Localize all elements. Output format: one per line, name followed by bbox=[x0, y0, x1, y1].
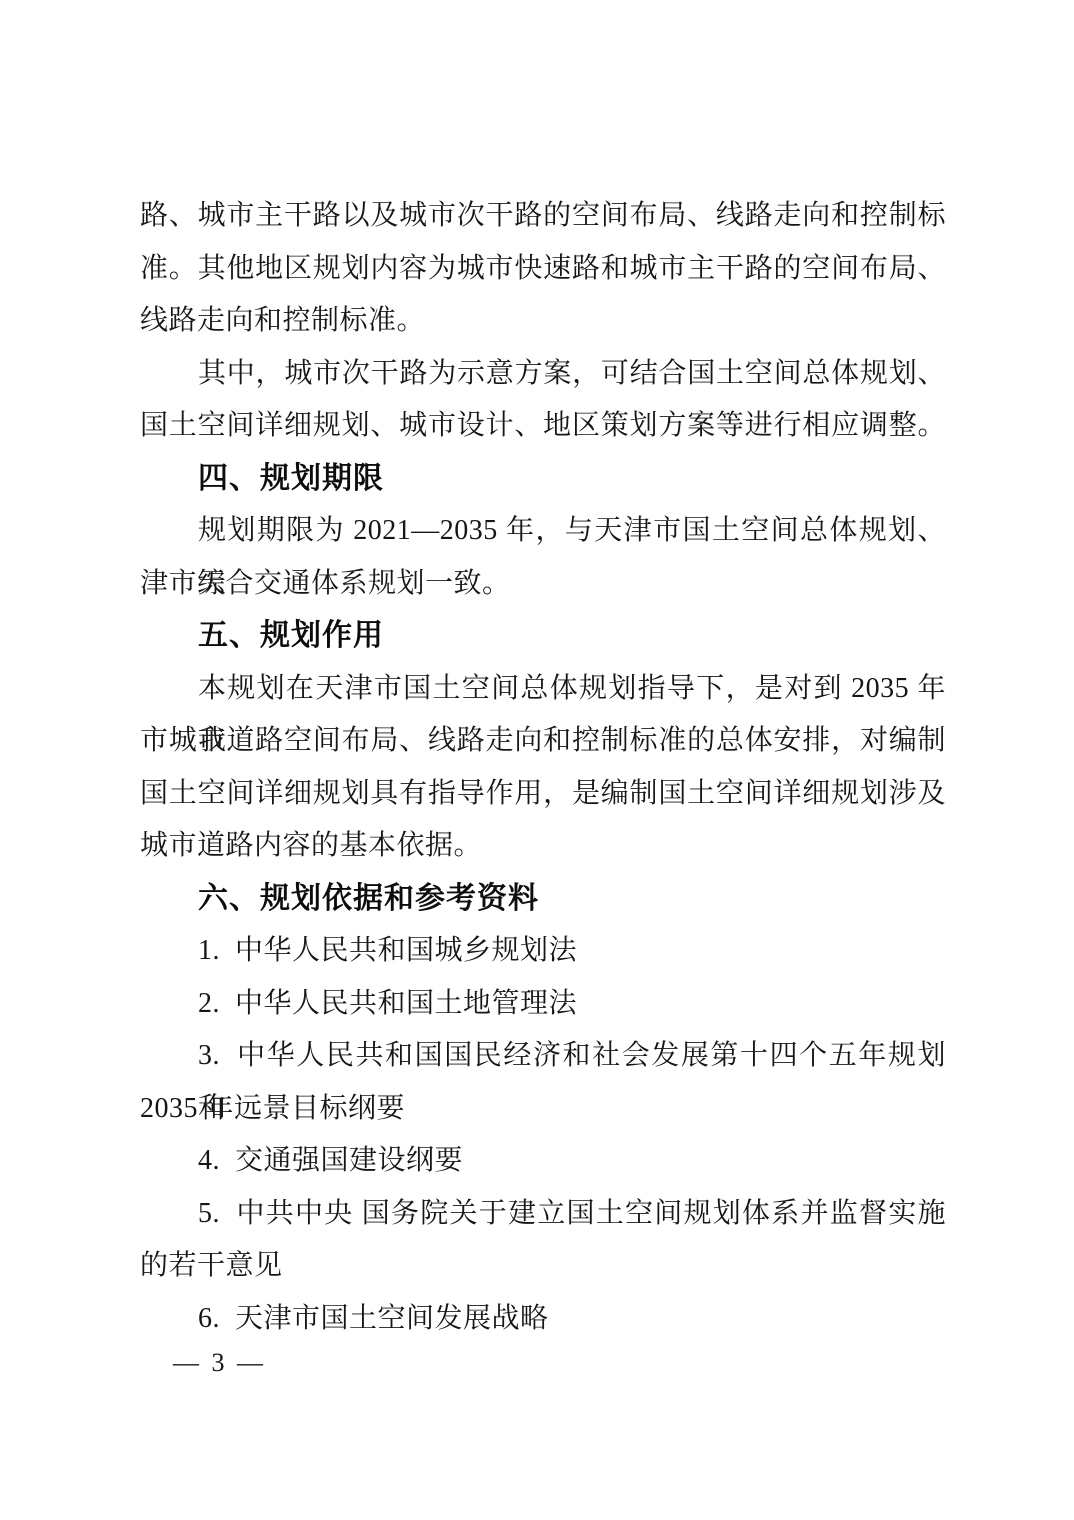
body-line: 市城市道路空间布局、线路走向和控制标准的总体安排，对编制 bbox=[140, 715, 946, 768]
list-item-4: 4. 交通强国建设纲要 bbox=[140, 1135, 946, 1188]
list-item-5: 5. 中共中央 国务院关于建立国土空间规划体系并监督实施 bbox=[140, 1188, 946, 1241]
body-line: 规划期限为 2021—2035 年，与天津市国土空间总体规划、天 bbox=[140, 505, 946, 558]
list-item-1: 1. 中华人民共和国城乡规划法 bbox=[140, 925, 946, 978]
body-line: 国土空间详细规划具有指导作用，是编制国土空间详细规划涉及 bbox=[140, 768, 946, 821]
document-page: 路、城市主干路以及城市次干路的空间布局、线路走向和控制标 准。其他地区规划内容为… bbox=[0, 0, 1074, 1520]
body-line: 路、城市主干路以及城市次干路的空间布局、线路走向和控制标 bbox=[140, 190, 946, 243]
body-line: 国土空间详细规划、城市设计、地区策划方案等进行相应调整。 bbox=[140, 400, 946, 453]
page-number: — 3 — bbox=[173, 1338, 266, 1388]
body-line: 其中，城市次干路为示意方案，可结合国土空间总体规划、 bbox=[140, 348, 946, 401]
list-item-3-continuation: 2035 年远景目标纲要 bbox=[140, 1083, 946, 1136]
body-line: 准。其他地区规划内容为城市快速路和城市主干路的空间布局、 bbox=[140, 243, 946, 296]
body-line: 津市综合交通体系规划一致。 bbox=[140, 558, 946, 611]
section-heading-5: 五、规划作用 bbox=[140, 610, 946, 663]
document-body: 路、城市主干路以及城市次干路的空间布局、线路走向和控制标 准。其他地区规划内容为… bbox=[140, 190, 946, 1345]
list-item-2: 2. 中华人民共和国土地管理法 bbox=[140, 978, 946, 1031]
body-line: 城市道路内容的基本依据。 bbox=[140, 820, 946, 873]
list-item-3: 3. 中华人民共和国国民经济和社会发展第十四个五年规划和 bbox=[140, 1030, 946, 1083]
body-line: 本规划在天津市国土空间总体规划指导下，是对到 2035 年我 bbox=[140, 663, 946, 716]
body-line: 线路走向和控制标准。 bbox=[140, 295, 946, 348]
section-heading-4: 四、规划期限 bbox=[140, 453, 946, 506]
section-heading-6: 六、规划依据和参考资料 bbox=[140, 873, 946, 926]
list-item-5-continuation: 的若干意见 bbox=[140, 1240, 946, 1293]
